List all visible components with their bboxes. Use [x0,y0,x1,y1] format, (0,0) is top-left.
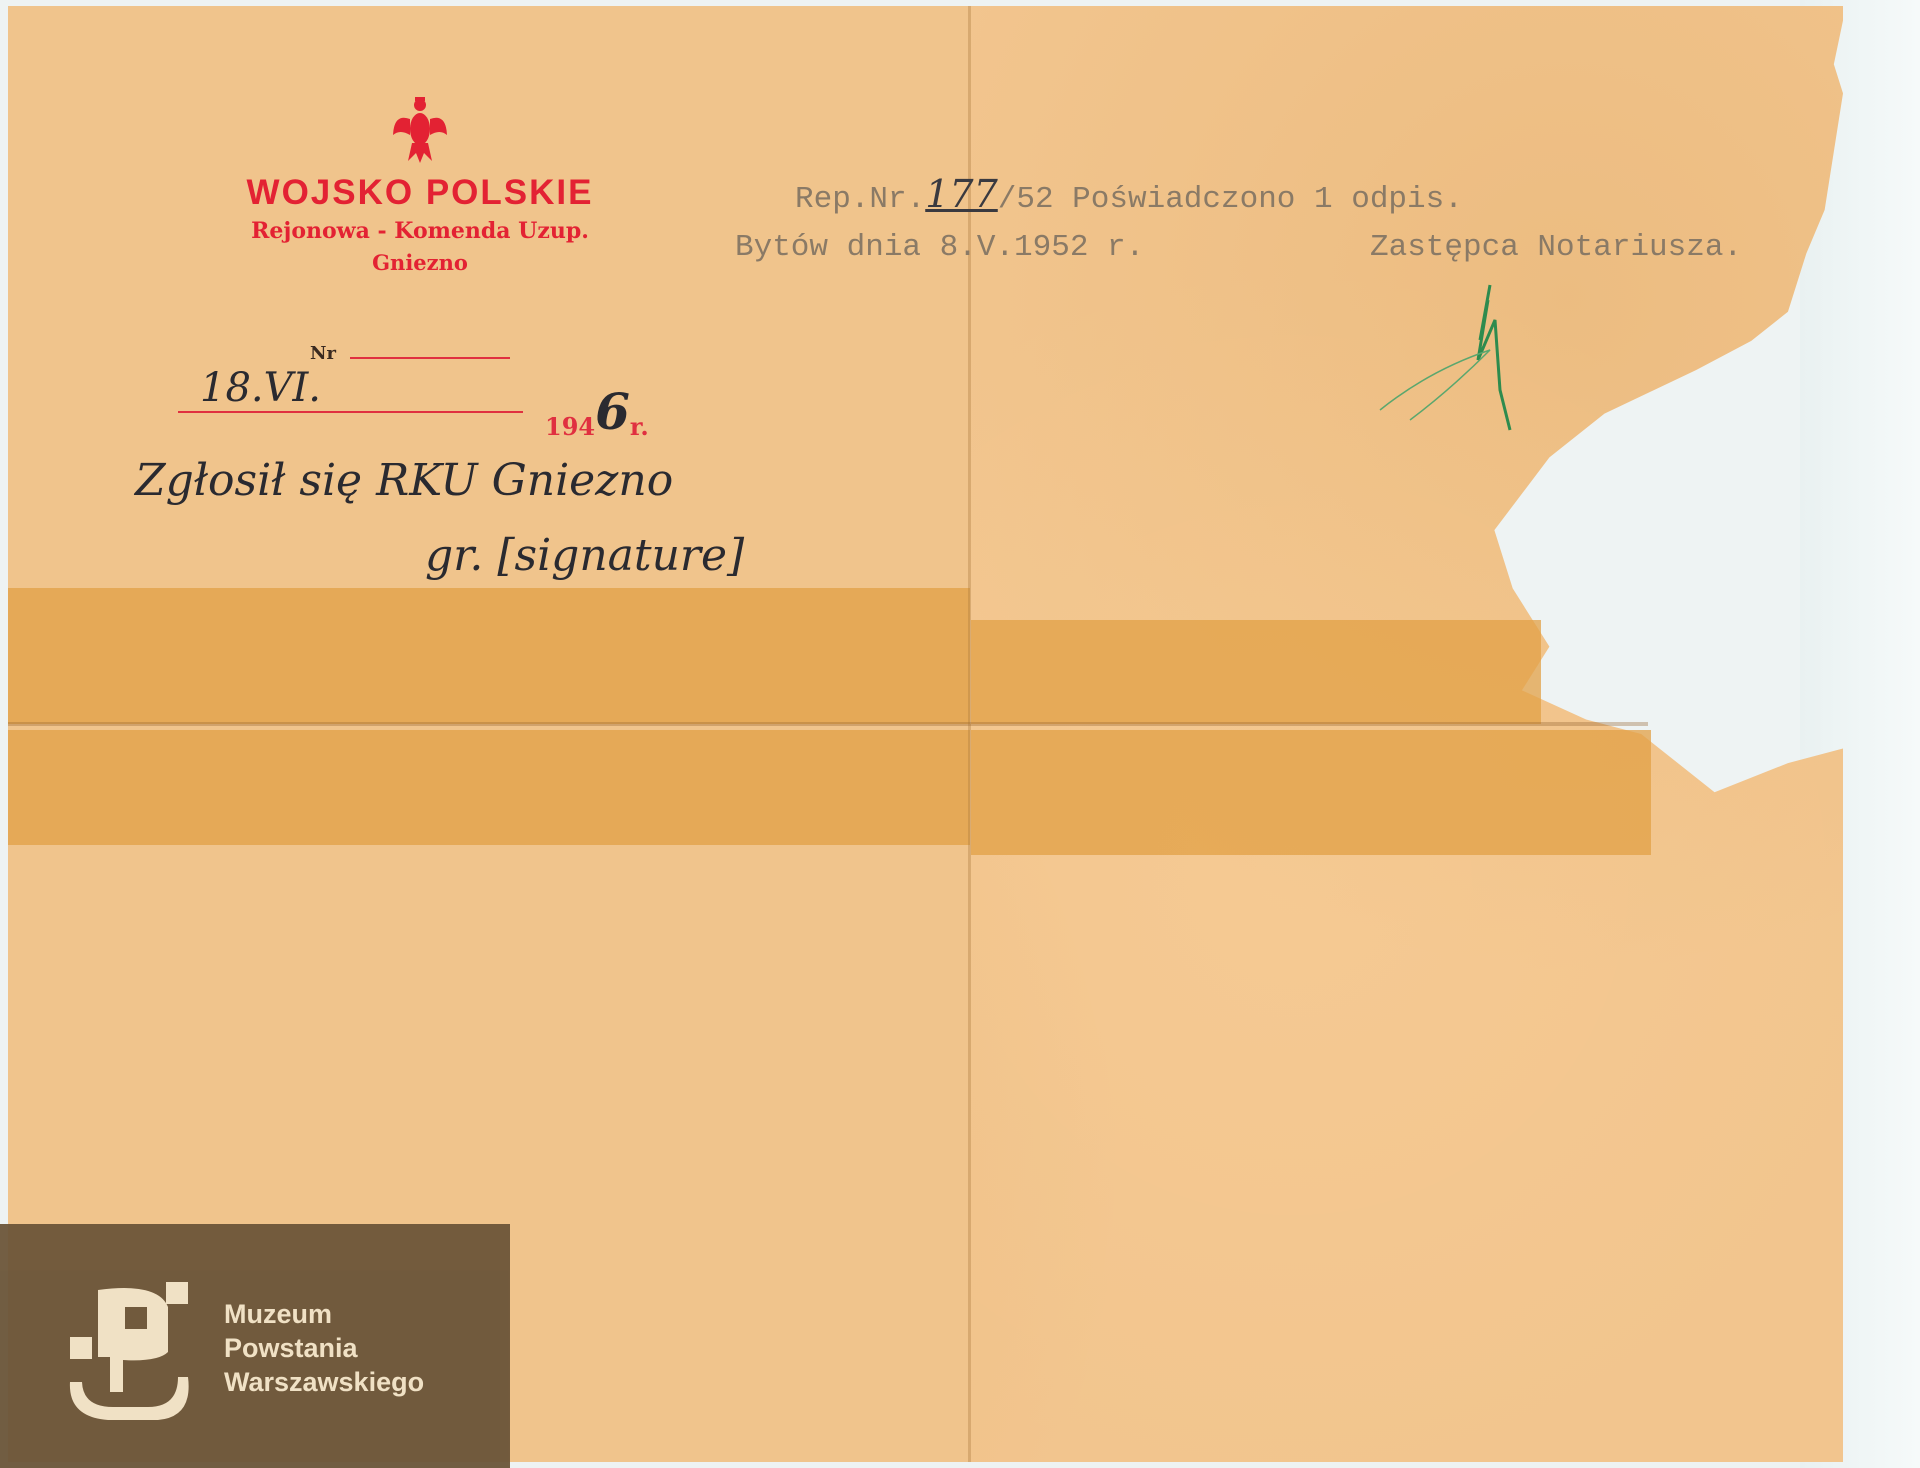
typed-line-2-left: Bytów dnia 8.V.1952 r. [735,230,1144,265]
typed-line-2-right: Zastępca Notariusza. [1370,230,1742,265]
polish-eagle-icon [390,95,450,165]
fold-line-horizontal [8,722,1648,726]
year-prefix: 194 [545,412,595,441]
rep-suffix: /52 Poświadczono 1 odpis. [998,182,1463,217]
stamp-title: WOJSKO POLSKIE [150,173,690,213]
letterhead-stamp: WOJSKO POLSKIE Rejonowa - Komenda Uzup. … [150,95,690,277]
rep-number: 177 [925,172,998,216]
fold-line-vertical [968,6,971,1462]
green-signature-icon [1370,280,1530,450]
tape-strip [971,620,1541,724]
museum-watermark: Muzeum Powstania Warszawskiego [0,1224,510,1468]
typed-line-1: Rep.Nr.177/52 Poświadczono 1 odpis. [795,172,1463,217]
nr-label: Nr [310,343,336,364]
museum-name-line-2: Powstania [224,1331,424,1365]
year-suffix: r. [630,412,649,441]
museum-name-line-1: Muzeum [224,1297,424,1331]
handwritten-line-1: Zgłosił się RKU Gniezno [135,455,673,506]
year-digit: 6 [595,382,630,441]
nr-line [350,357,510,359]
warsaw-uprising-anchor-icon [68,1282,198,1422]
tape-strip [8,730,970,845]
rep-prefix: Rep.Nr. [795,182,925,217]
stamp-unit: Rejonowa - Komenda Uzup. [150,213,690,249]
year-field: 1946r. [545,388,649,447]
tape-strip [8,588,970,724]
stamp-city: Gniezno [150,249,690,277]
tape-strip [971,730,1651,855]
handwritten-date: 18.VI. [200,365,321,411]
handwritten-line-2: gr. [signature] [425,530,744,581]
museum-name-line-3: Warszawskiego [224,1365,424,1399]
date-line [178,411,523,413]
museum-name: Muzeum Powstania Warszawskiego [224,1297,424,1399]
